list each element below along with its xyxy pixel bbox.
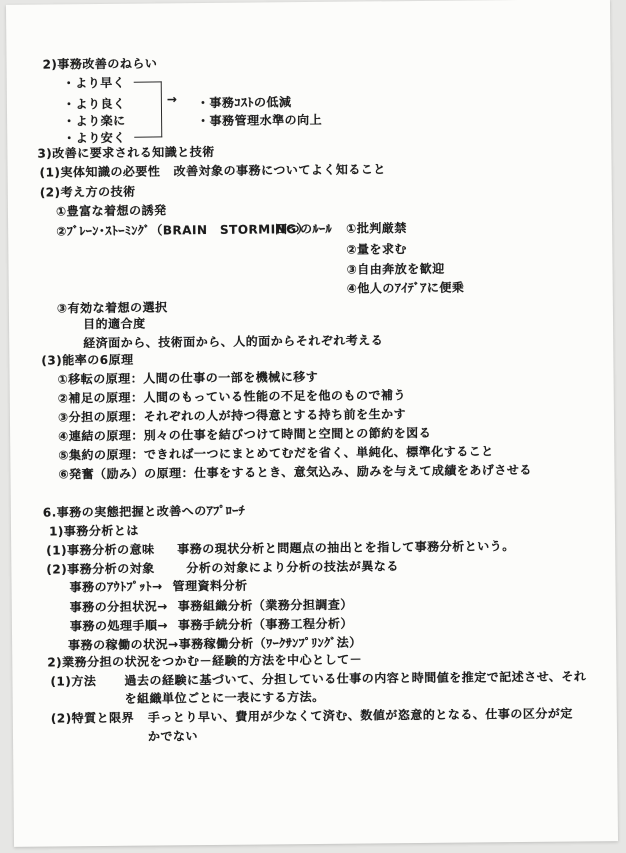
mapping-from: 事務の分担状況→ (70, 599, 168, 614)
efficiency-principle: ⑥発奮（励み）の原理：仕事をするとき、意気込み、励みを与えて成績をあげさせる (58, 462, 532, 483)
mapping-from: 事務の処理手順→ (70, 618, 168, 633)
limits-text-line: かでない (148, 728, 198, 744)
method-text-line: 過去の経験に基づいて、分担している仕事の内容と時間値を推定で記述させ、それ (124, 668, 586, 688)
rules-caption: 四つのﾙｰﾙ (275, 221, 332, 238)
brace-connector-shape (134, 81, 163, 137)
technique-sub-item: 目的適合度 (83, 316, 146, 333)
technique-sub-item: 経済面から、技術面から、人的面からそれぞれ考える (83, 332, 383, 351)
brainstorming-rule: ②量を求む (346, 241, 407, 258)
mapping-to: 事務稼働分析（ﾜｰｸｻﾝﾌﾟﾘﾝｸﾞ法） (179, 636, 362, 652)
analysis-item2-text: 分析の対象により分析の技法が異なる (186, 558, 399, 576)
method-text-line: を組織単位ごとに一表にする方法。 (125, 689, 325, 707)
analysis-item1-text: 事務の現状分析と問題点の抽出とを指して事務分析という。 (177, 538, 515, 557)
efficiency-principle: ⑤集約の原理：できれば一つにまとめてむだを省く、単純化、標準化すること (58, 443, 494, 463)
technique-item: ③有効な着想の選択 (57, 299, 168, 316)
aims-goal-item: ・より楽に (63, 113, 126, 130)
limits-text-line: 手っとり早い、費用が少なくて済む、数値が恣意的となる、仕事の区分が定 (148, 706, 573, 726)
aims-goal-item: ・より良く (63, 96, 126, 113)
knowledge-item1-label: (1)実体知識の必要性 (40, 163, 161, 180)
knowledge-section-title: 3)改善に要求される知識と技術 (37, 144, 214, 162)
analysis-item2-label: (2)事務分析の対象 (46, 561, 154, 578)
aims-result-item: ・事務管理水準の向上 (197, 112, 322, 129)
analysis-item1-label: (1)事務分析の意味 (46, 542, 154, 559)
limits-label: (2)特質と限界 (51, 710, 134, 727)
mapping-from: 事務のｱｳﾄﾌﾟｯﾄ→ (69, 579, 162, 594)
brainstorming-rule: ③自由奔放を歓迎 (346, 261, 444, 278)
knowledge-item1-text: 改善対象の事務についてよく知ること (174, 161, 386, 179)
aims-section-title: 2)事務改善のねらい (42, 55, 157, 72)
scanned-document-page: 2)事務改善のねらい ・より早く ・より良く ・より楽に ・より安く → ・事務… (6, 0, 618, 847)
efficiency-principle: ③分担の原理：それぞれの人が持つ得意とする持ち前を生かす (58, 406, 406, 425)
efficiency-principle: ①移転の原理：人間の仕事の一部を機械に移す (57, 369, 318, 388)
aims-goal-item: ・より早く (63, 75, 126, 92)
arrow-icon: → (167, 91, 178, 107)
section6-sub1-title: 1)事務分析とは (49, 523, 139, 540)
method-label: (1)方法 (50, 673, 96, 689)
brainstorming-rule: ①批判厳禁 (346, 220, 407, 237)
mapping-to: 管理資料分析 (173, 579, 248, 594)
technique-item: ②ﾌﾞﾚｰﾝ･ｽﾄｰﾐﾝｸﾞ（BRAIN STORMING） (56, 221, 309, 239)
analysis-mapping-row: 事務の処理手順→事務手続分析（事務工程分析） (70, 616, 353, 635)
aims-result-item: ・事務ｺｽﾄの低減 (197, 94, 292, 111)
analysis-mapping-row: 事務の分担状況→事務組織分析（業務分担調査） (70, 597, 353, 616)
efficiency-principle: ④連結の原理：別々の仕事を結びつけて時間と空間との節約を図る (58, 425, 431, 445)
technique-item: ①豊富な着想の誘発 (56, 202, 167, 219)
knowledge-item2-label: (2)考え方の技術 (40, 184, 136, 201)
efficiency-principle: ②補足の原理：人間のもっている性能の不足を他のもので補う (58, 387, 406, 406)
section6-title: 6.事務の実態把握と改善へのｱﾌﾟﾛｰﾁ (43, 503, 246, 521)
mapping-to: 事務組織分析（業務分担調査） (178, 598, 353, 614)
mapping-from: 事務の稼働の状況→ (68, 637, 179, 652)
knowledge-item3-label: (3)能率の6原理 (41, 352, 133, 369)
brainstorming-rule: ④他人のｱｲﾃﾞｱに便乗 (347, 280, 465, 297)
section6-sub2-title: 2)業務分担の状況をつかむ－経験的方法を中心として－ (47, 652, 362, 671)
analysis-mapping-row: 事務の稼働の状況→事務稼働分析（ﾜｰｸｻﾝﾌﾟﾘﾝｸﾞ法） (68, 635, 362, 654)
analysis-mapping-row: 事務のｱｳﾄﾌﾟｯﾄ→管理資料分析 (69, 578, 247, 596)
mapping-to: 事務手続分析（事務工程分析） (178, 617, 353, 633)
